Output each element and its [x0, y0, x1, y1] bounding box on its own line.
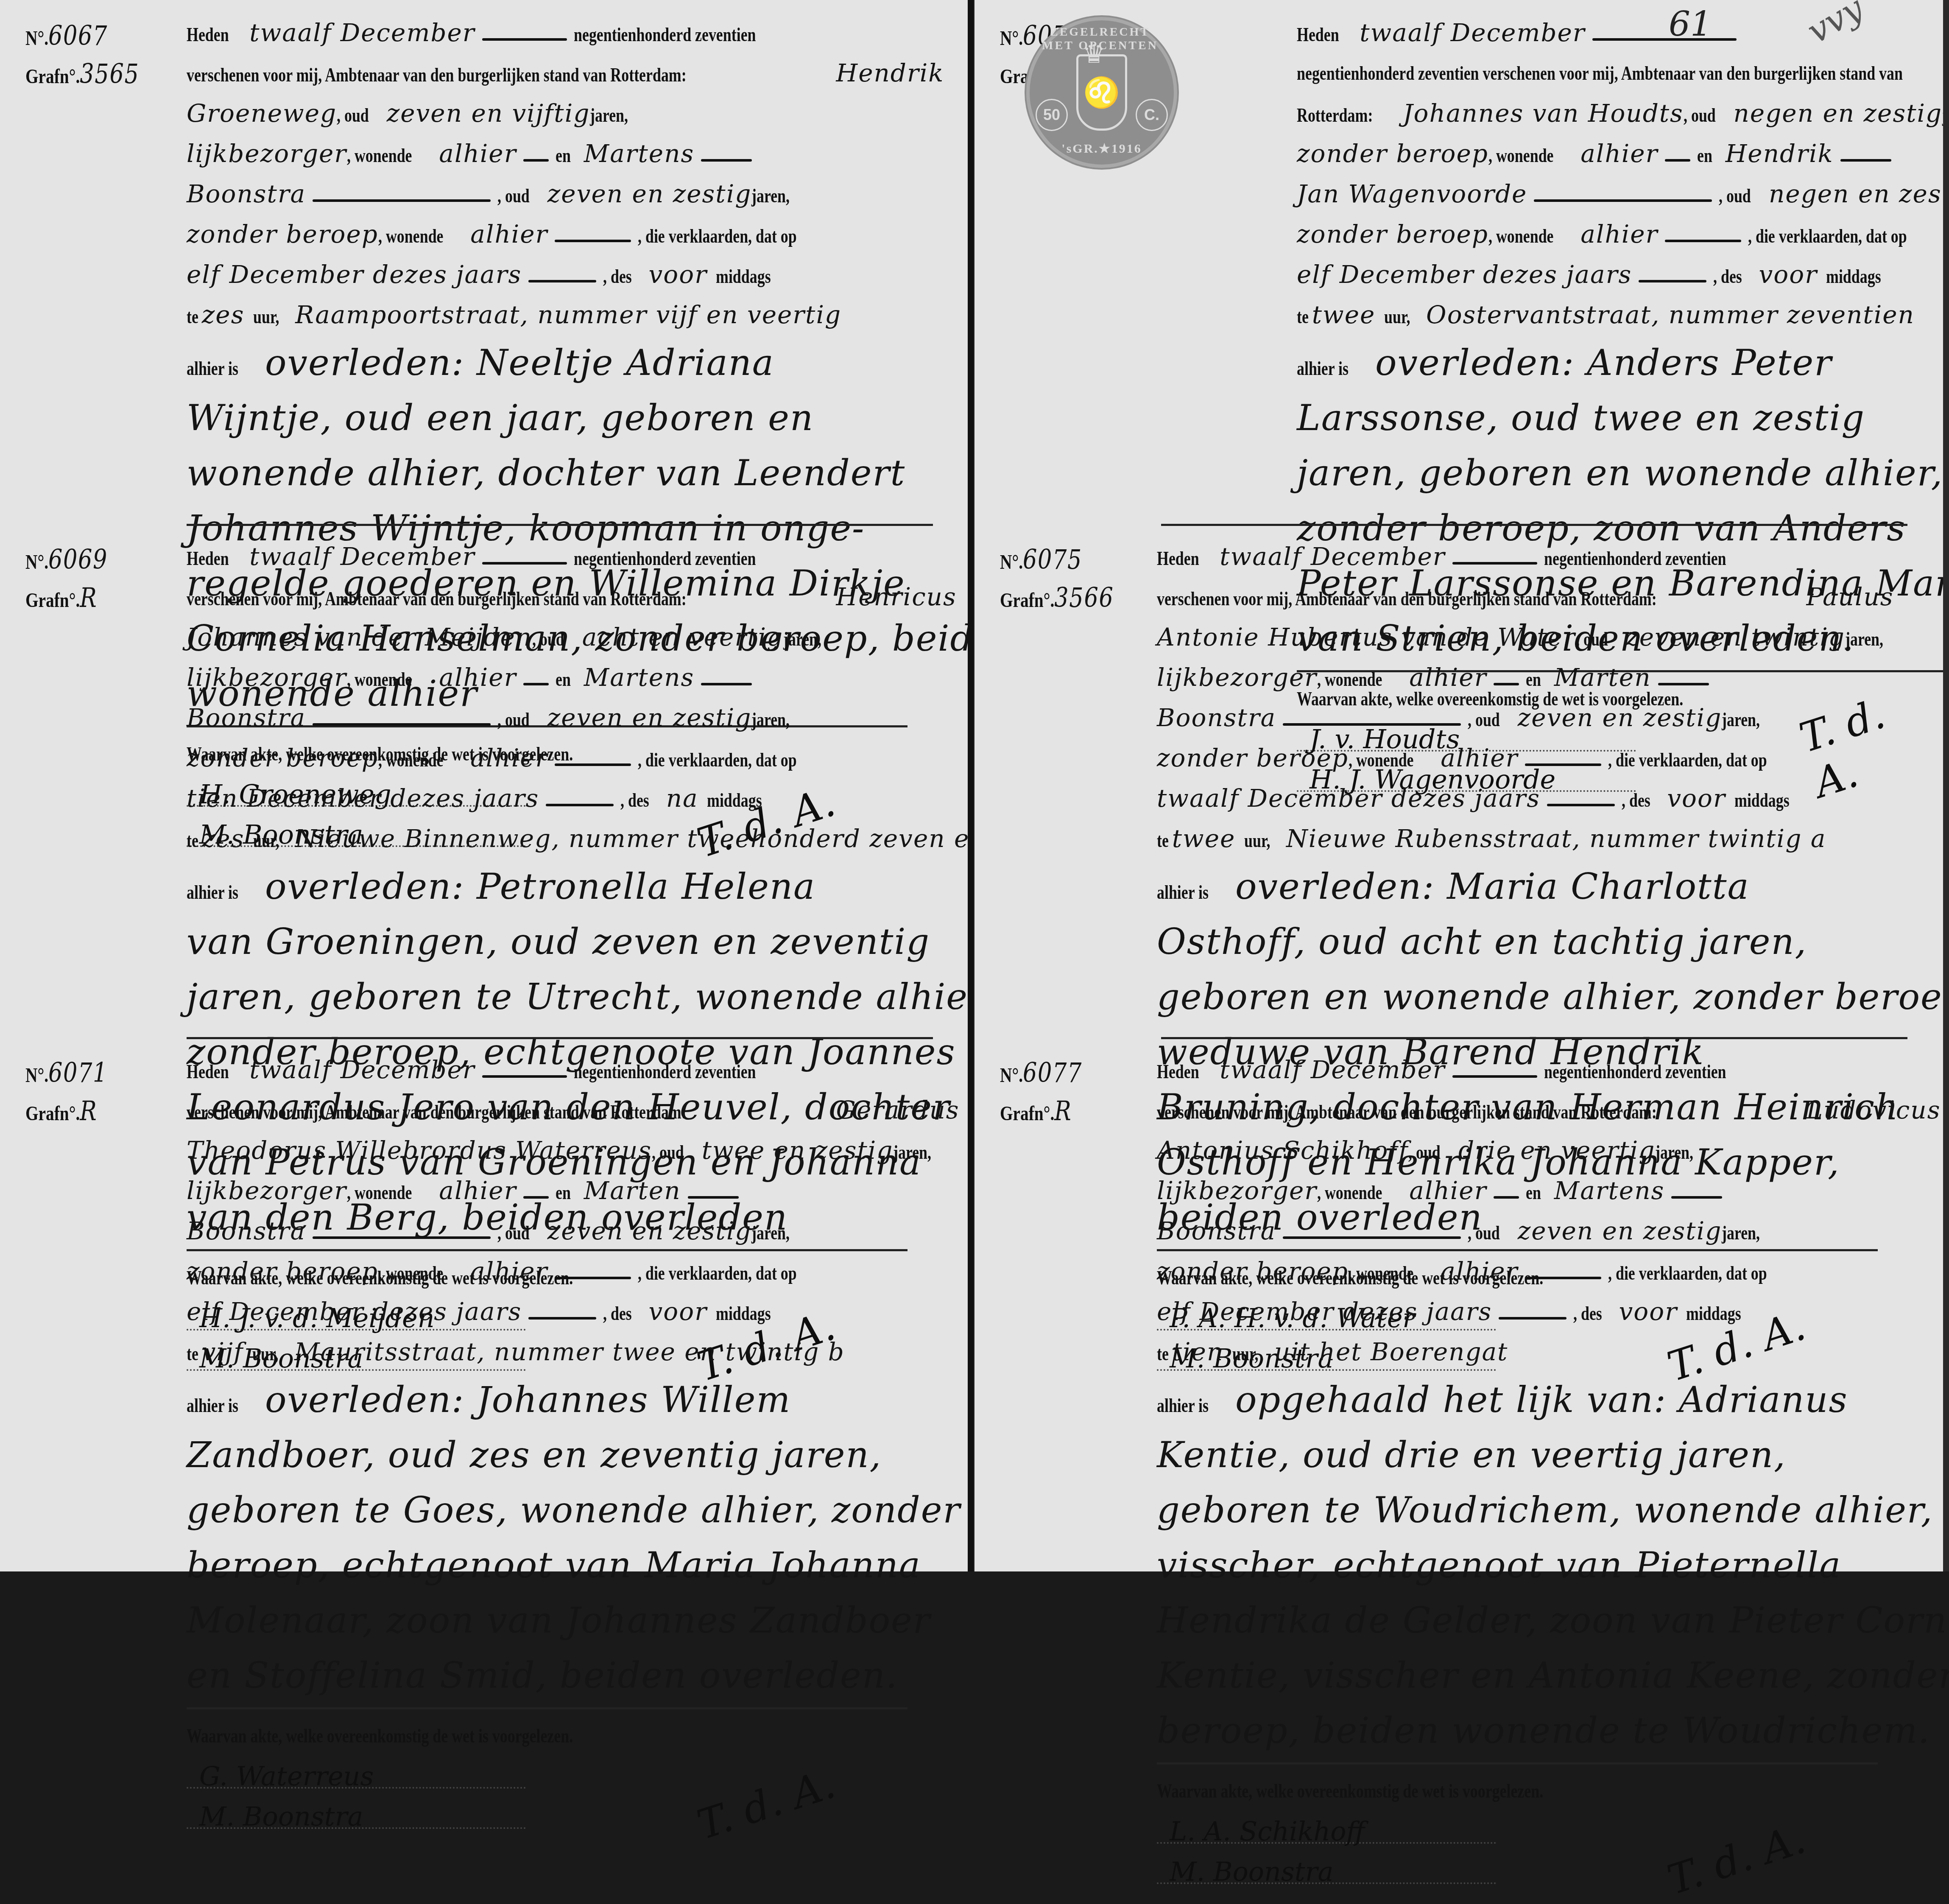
lion-crest-icon: ♌	[1076, 54, 1127, 131]
fill-dash	[482, 562, 567, 565]
fill-dash	[528, 280, 596, 282]
voor-na-entry: voor	[1659, 784, 1734, 813]
printed-text: , oud	[337, 95, 369, 135]
text-line: geboren te Woudrichem, wonende alhier,	[1157, 1482, 1920, 1538]
deceased-details: geboren te Woudrichem, wonende alhier,	[1157, 1489, 1933, 1531]
printed-text: , wonende	[1488, 135, 1554, 176]
death-date: elf December dezes jaars	[1297, 260, 1632, 289]
printed-text: verschenen voor mij, Ambtenaar van den b…	[187, 1092, 687, 1132]
declarant-2-name: Martens	[1545, 1176, 1664, 1205]
printed-text: , oud	[497, 176, 530, 216]
printed-text: , wonende	[378, 740, 444, 780]
declarant-2-name: Hendrik	[1717, 139, 1833, 168]
text-line: Heden twaalf Decembernegentienhonderd ze…	[1157, 1050, 1920, 1090]
printed-text: , wonende	[1488, 216, 1554, 256]
printed-text: , wonende	[378, 1253, 444, 1293]
printed-text: Heden	[1157, 538, 1199, 579]
declarant-2-age: zeven en zestig	[1509, 703, 1722, 732]
printed-text: negentienhonderd zeventien verschenen vo…	[1297, 53, 1903, 93]
printed-text: te	[187, 820, 198, 861]
record-number: N°.6069	[25, 541, 158, 579]
printed-text: Heden	[187, 538, 229, 579]
event-entry: overleden:	[253, 866, 477, 907]
printed-text: en	[1526, 659, 1541, 699]
printed-text: verschenen voor mij, Ambtenaar van den b…	[1157, 1092, 1657, 1132]
record-number-value: 6069	[48, 544, 108, 576]
printed-text: alhier is	[1297, 341, 1349, 396]
declarant-2-occupation: zonder beroep	[1157, 1257, 1349, 1286]
declarant-1-age: zeven en twintig	[1617, 623, 1845, 651]
deceased-details: beroep, echtgenoot van Maria Johanna	[187, 1544, 921, 1571]
text-line: verschenen voor mij, Ambtenaar van den b…	[187, 53, 946, 93]
left-page: N°.6067 Grafn°.3565 Heden twaalf Decembe…	[0, 0, 969, 1571]
declarant-2-name-cont: Boonstra	[187, 179, 306, 208]
printed-text: middags	[716, 256, 771, 296]
text-line: alhier is overleden: Anders Peter	[1297, 335, 1924, 390]
deceased-details: visscher, echtgenoot van Pieternella	[1157, 1544, 1841, 1571]
declarant-2-age: zeven en zestig	[539, 179, 751, 208]
printed-text: jaren,	[590, 95, 628, 135]
text-line: Heden twaalf Decembernegentienhonderd ze…	[187, 1050, 946, 1090]
record-number: N°.6067	[25, 17, 158, 55]
printed-text: , oud	[1684, 95, 1716, 135]
printed-text: en	[1526, 1172, 1541, 1213]
declarant-2-age: zeven en zestig	[539, 703, 751, 732]
hour-entry: twee	[1172, 824, 1244, 853]
declarant-2-name: Martens	[575, 663, 694, 692]
declarant-2-name: Martens	[575, 139, 694, 168]
declarant-1-age: negen en zestig	[1725, 99, 1942, 128]
fill-dash	[523, 683, 549, 685]
place-entry: uit het Boerengat	[1266, 1337, 1508, 1366]
event-entry: overleden:	[253, 342, 477, 383]
grave-number: Grafn°.R	[25, 1092, 158, 1130]
event-entry: opgehaald het lijk van:	[1223, 1379, 1678, 1420]
declarant-1-residence: alhier	[430, 663, 517, 692]
text-line: verschenen voor mij, Ambtenaar van den b…	[187, 577, 946, 617]
printed-text: en	[556, 659, 571, 699]
printed-text: negentienhonderd zeventien	[574, 14, 756, 55]
deceased-details: van Groeningen, oud zeven en zeventig	[187, 921, 930, 962]
text-line: lijkbezorger, wonende alhieren Marten	[187, 1171, 946, 1211]
text-line: lijkbezorger, wonende alhieren Marten	[1157, 657, 1920, 698]
text-line: twaalf December dezes jaars, des voor mi…	[1157, 778, 1920, 819]
printed-text: en	[1697, 135, 1712, 176]
printed-text: , des	[620, 780, 649, 820]
printed-text: Heden	[187, 1051, 229, 1092]
declarant-2-name: Marten	[1545, 663, 1651, 692]
printed-text: te	[1297, 296, 1309, 337]
printed-text: uur,	[252, 1334, 279, 1374]
text-line: Kentie, oud drie en veertig jaren,	[1157, 1427, 1920, 1482]
declarant-2-occupation: zonder beroep	[187, 744, 378, 772]
declarant-1-residence: alhier	[1401, 663, 1487, 692]
printed-text: Heden	[1297, 14, 1339, 55]
voor-na-entry: voor	[1750, 260, 1826, 289]
grave-number: Grafn°.R	[25, 579, 158, 617]
text-line: tetien uur, uit het Boerengat	[1157, 1332, 1920, 1372]
text-line: visscher, echtgenoot van Pieternella	[1157, 1538, 1920, 1571]
declarant-2-occupation: zonder beroep	[1297, 220, 1488, 249]
printed-text: alhier is	[187, 341, 238, 396]
printed-text: , des	[603, 1293, 632, 1334]
record-separator	[187, 524, 933, 526]
fill-dash	[313, 723, 491, 726]
declarant-1-name-cont: Antonie Hubertus van de Water	[1157, 623, 1576, 651]
fill-dash	[1494, 683, 1519, 685]
deceased-details: Kentie, oud drie en veertig jaren,	[1157, 1434, 1786, 1476]
text-line: alhier is overleden: Neeltje Adriana	[187, 335, 946, 390]
text-line: elf December dezes jaars, des voor midda…	[187, 1292, 946, 1332]
printed-text: jaren,	[1655, 1132, 1693, 1172]
deceased-details: Larssonse, oud twee en zestig	[1297, 397, 1865, 439]
fill-dash	[1452, 1075, 1537, 1078]
stamp-bottom-text: 'sGR.★1916	[1030, 141, 1174, 156]
printed-text: middags	[1826, 256, 1881, 296]
record-number: N°.6071	[25, 1054, 158, 1092]
fill-dash	[1658, 683, 1709, 685]
declarant-2-age: zeven en zestig	[1509, 1216, 1722, 1245]
fill-dash	[701, 683, 752, 685]
declarant-1-name: Gerardus	[827, 1096, 959, 1124]
record-body: Heden twaalf Decembernegentienhonderd ze…	[1157, 1050, 1920, 1571]
declarant-1-occupation: zonder beroep	[1297, 139, 1488, 168]
printed-text: alhier is	[187, 865, 238, 920]
declarant-1-name-cont: Theodorus Willebrordus Waterreus	[187, 1136, 652, 1165]
fill-dash	[1452, 562, 1537, 565]
right-page: N°.6073 Grafn°.R Heden twaalf Decemberne…	[974, 0, 1949, 1571]
text-line: Boonstra, oud zeven en zestig jaren,	[187, 174, 946, 214]
declarant-2-occupation: zonder beroep	[187, 1257, 378, 1286]
printed-text: alhier is	[187, 1378, 238, 1433]
printed-text: uur,	[1232, 1334, 1259, 1374]
declarant-2-residence: alhier	[462, 220, 548, 249]
declarant-1-name-cont: Antonius Schikhoff	[1157, 1136, 1408, 1165]
printed-text: verschenen voor mij, Ambtenaar van den b…	[1157, 579, 1657, 619]
text-line: Boonstra, oud zeven en zestig jaren,	[1157, 698, 1920, 738]
date-entry: twaalf December	[241, 1055, 475, 1084]
printed-text: jaren,	[893, 1132, 931, 1172]
declarant-2-residence: alhier	[1432, 1257, 1519, 1286]
declarant-1-occupation: lijkbezorger	[187, 663, 347, 692]
record-separator	[1161, 1037, 1907, 1039]
record-number-value: 6075	[1023, 544, 1082, 576]
place-entry: Nieuwe Rubensstraat, nummer twintig a	[1278, 824, 1826, 853]
printed-text: jaren,	[1845, 619, 1883, 659]
record-numbers: N°.6071 Grafn°.R	[25, 1054, 187, 1130]
text-line: zonder beroep, wonende alhier, die verkl…	[187, 214, 946, 254]
text-line: zonder beroep, wonende alhier, die verkl…	[1157, 1251, 1920, 1292]
declarant-2-name-cont: Boonstra	[1157, 1216, 1276, 1245]
declarant-1-name: Hendrik	[827, 59, 944, 87]
text-line: jaren, geboren en wonende alhier,	[1297, 445, 1924, 500]
declarant-1-occupation: lijkbezorger	[187, 139, 347, 168]
event-entry: overleden:	[1223, 866, 1447, 907]
declarant-1-occupation: lijkbezorger	[1157, 663, 1317, 692]
date-entry: twaalf December	[241, 542, 475, 571]
deceased-name: Johannes Willem	[477, 1379, 791, 1420]
text-line: verschenen voor mij, Ambtenaar van den b…	[187, 1090, 946, 1130]
death-date: elf December dezes jaars	[187, 260, 522, 289]
text-line: beroep, echtgenoot van Maria Johanna	[187, 1538, 946, 1571]
text-line: Jan Wagenvoorde, oud negen en zestig jar…	[1297, 174, 1924, 214]
printed-text: te	[187, 1334, 198, 1374]
fill-dash	[1547, 804, 1615, 806]
voor-na-entry: voor	[1610, 1297, 1686, 1326]
fill-dash	[1840, 159, 1891, 162]
printed-text: te	[187, 296, 198, 337]
fill-dash	[482, 1075, 567, 1078]
text-line: tetwee uur, Nieuwe Rubensstraat, nummer …	[1157, 819, 1920, 859]
declarant-1-occupation: lijkbezorger	[187, 1176, 347, 1205]
text-line: Boonstra, oud zeven en zestig jaren,	[187, 1211, 946, 1251]
printed-text: jaren,	[751, 176, 790, 216]
grave-number-value: 3565	[80, 59, 139, 90]
death-date: elf December dezes jaars	[1157, 1297, 1492, 1326]
declarant-2-occupation: zonder beroep	[1157, 744, 1349, 772]
printed-text: jaren,	[751, 1213, 790, 1253]
fill-dash	[701, 159, 752, 162]
printed-text: middags	[716, 1293, 771, 1334]
printed-text: jaren,	[783, 619, 821, 659]
text-line: lijkbezorger, wonende alhieren Martens	[187, 134, 946, 174]
fill-dash	[1665, 159, 1690, 162]
text-line: elf December dezes jaars, des voor midda…	[1297, 254, 1924, 295]
text-line: alhier is opgehaald het lijk van: Adrian…	[1157, 1372, 1920, 1427]
declarant-1-name: Henricus	[827, 582, 957, 611]
text-line: Heden twaalf Decembernegentienhonderd ze…	[1157, 537, 1920, 577]
text-line: Boonstra, oud zeven en zestig jaren,	[1157, 1211, 1920, 1251]
fill-dash	[555, 1277, 631, 1279]
fill-dash	[313, 199, 491, 202]
place-entry: Raampoortstraat, nummer vijf en veertig	[287, 300, 841, 329]
declarant-2-name-cont: Boonstra	[187, 1216, 306, 1245]
grave-number: Grafn°.3565	[25, 55, 158, 93]
fill-dash	[528, 1317, 596, 1320]
printed-text: , oud	[1468, 1213, 1500, 1253]
printed-text: , die verklaarden, dat op	[1748, 216, 1907, 256]
text-line: elf December dezes jaars, des voor midda…	[1157, 1292, 1920, 1332]
printed-text: , die verklaarden, dat op	[638, 216, 797, 256]
stamp-value: 50	[1036, 99, 1068, 131]
printed-text: , wonende	[347, 659, 412, 699]
text-line: geboren te Goes, wonende alhier, zonder	[187, 1482, 946, 1538]
printed-text: , die verklaarden, dat op	[638, 740, 797, 780]
printed-text: , die verklaarden, dat op	[638, 1253, 797, 1293]
text-line: wonende alhier, dochter van Leendert	[187, 445, 946, 500]
text-line: geboren en wonende alhier, zonder beroep…	[1157, 969, 1920, 1024]
fill-dash	[1639, 280, 1706, 282]
grave-number: Grafn°.R	[1000, 1092, 1132, 1130]
record-numbers: N°.6067 Grafn°.3565	[25, 17, 187, 93]
event-entry: overleden:	[253, 1379, 477, 1420]
declarant-1-age: drie en veertig	[1450, 1136, 1656, 1165]
deceased-name: Adrianus	[1679, 1379, 1848, 1420]
deceased-name: Anders Peter	[1587, 342, 1832, 383]
place-entry: Oostervantstraat, nummer zeventien	[1418, 300, 1915, 329]
printed-text: negentienhonderd zeventien	[574, 538, 756, 579]
fill-dash	[1499, 1317, 1566, 1320]
deceased-details: Zandboer, oud zes en zeventig jaren,	[187, 1434, 882, 1476]
fill-dash	[555, 763, 631, 766]
declarant-2-age: zeven en zestig	[539, 1216, 751, 1245]
fill-dash	[1534, 199, 1712, 202]
fill-dash	[482, 38, 567, 41]
text-line: jaren, geboren te Utrecht, wonende alhie…	[187, 969, 946, 1024]
printed-text: jaren,	[1722, 1213, 1760, 1253]
printed-text: , oud	[1408, 1132, 1441, 1172]
text-line: verschenen voor mij, Ambtenaar van den b…	[1157, 577, 1920, 617]
text-line: Johannes van der Meijden, oud acht en ve…	[187, 617, 946, 657]
grave-number-value: R	[80, 1096, 97, 1127]
text-line: Antonius Schikhoff, oud drie en veertig …	[1157, 1130, 1920, 1171]
date-entry: twaalf December	[241, 18, 475, 47]
fill-dash	[688, 1196, 739, 1199]
printed-text: Heden	[187, 14, 229, 55]
declarant-1-residence: alhier	[1401, 1176, 1487, 1205]
declarant-1-residence: alhier	[1572, 139, 1659, 168]
hour-entry: zes	[202, 300, 253, 329]
hour-entry: tien	[1172, 1337, 1232, 1366]
printed-text: verschenen voor mij, Ambtenaar van den b…	[187, 55, 687, 95]
printed-text: , wonende	[1317, 1172, 1382, 1213]
fill-dash	[1525, 1277, 1601, 1279]
text-line: Groeneweg, oud zeven en vijftig jaren,	[187, 93, 946, 134]
declarant-2-name-cont: Boonstra	[187, 703, 306, 732]
fill-dash	[1671, 1196, 1722, 1199]
record-number: N°.6077	[1000, 1054, 1132, 1092]
text-line: Heden twaalf Decembernegentienhonderd ze…	[187, 13, 946, 53]
text-line: Theodorus Willebrordus Waterreus, oud tw…	[187, 1130, 946, 1171]
declarant-1-name: Paulus	[1798, 582, 1893, 611]
hour-entry: zes	[202, 824, 253, 853]
printed-text: , oud	[1719, 176, 1751, 216]
text-line: zonder beroep, wonende alhier, die verkl…	[1297, 214, 1924, 254]
revenue-stamp: ZEGELRECHT MET OPCENTEN ♛ ♌ 50 C. 'sGR.★…	[1026, 17, 1177, 168]
fill-dash	[1283, 1236, 1461, 1239]
register-spread: N°.6067 Grafn°.3565 Heden twaalf Decembe…	[0, 0, 1949, 1571]
printed-text: middags	[1734, 780, 1790, 820]
record-numbers: N°.6077 Grafn°.R	[1000, 1054, 1161, 1130]
fill-dash	[1494, 1196, 1519, 1199]
printed-text: , oud	[497, 699, 530, 740]
record-number: N°.6075	[1000, 541, 1132, 579]
record-numbers: N°.6069 Grafn°.R	[25, 541, 187, 617]
printed-text: negentienhonderd zeventien	[1544, 538, 1726, 579]
record-number-value: 6077	[1023, 1057, 1082, 1089]
declarant-2-name-cont: Jan Wagenvoorde	[1297, 179, 1527, 208]
date-entry: twaalf December	[1211, 542, 1446, 571]
printed-text: , oud	[497, 1213, 530, 1253]
grave-number: Grafn°.3566	[1000, 579, 1132, 617]
text-line: Larssonse, oud twee en zestig	[1297, 390, 1924, 445]
printed-text: , wonende	[1349, 1253, 1414, 1293]
printed-text: , des	[603, 256, 632, 296]
text-line: van Groeningen, oud zeven en zeventig	[187, 914, 946, 969]
declarant-2-age: negen en zestig	[1760, 179, 1949, 208]
death-date: twaalf December dezes jaars	[1157, 784, 1540, 813]
printed-text: Heden	[1157, 1051, 1199, 1092]
fill-dash	[1665, 240, 1741, 242]
printed-text: en	[556, 135, 571, 176]
text-line: Osthoff, oud acht en tachtig jaren,	[1157, 914, 1920, 969]
printed-text: jaren,	[1722, 699, 1760, 740]
deceased-details: wonende alhier, dochter van Leendert	[187, 452, 905, 494]
text-line: Heden twaalf Decembernegentienhonderd ze…	[187, 537, 946, 577]
record-separator	[1161, 524, 1907, 526]
declarant-2-occupation: zonder beroep	[187, 220, 378, 249]
printed-text: verschenen voor mij, Ambtenaar van den b…	[187, 579, 687, 619]
printed-text: jaren,	[751, 699, 790, 740]
book-gutter	[968, 0, 974, 1571]
fill-dash	[546, 804, 614, 806]
declarant-1-name-cont: Johannes van der Meijden	[187, 623, 532, 651]
printed-text: negentienhonderd zeventien	[1544, 1051, 1726, 1092]
text-line: zonder beroep, wonende alhieren Hendrik	[1297, 134, 1924, 174]
scan-edge-right	[1943, 0, 1949, 1571]
voor-na-entry: voor	[640, 260, 716, 289]
declarant-1-name-cont: Groeneweg	[187, 99, 337, 128]
declarant-2-residence: alhier	[462, 744, 548, 772]
text-line: Boonstra, oud zeven en zestig jaren,	[187, 698, 946, 738]
fill-dash	[1283, 723, 1461, 726]
fill-dash	[1525, 763, 1601, 766]
printed-text: , die verklaarden, dat op	[1608, 1253, 1767, 1293]
deceased-details: Wijntje, oud een jaar, geboren en	[187, 397, 814, 439]
declarant-2-residence: alhier	[1432, 744, 1519, 772]
date-entry: twaalf December	[1351, 18, 1586, 47]
printed-text: , des	[1622, 780, 1650, 820]
printed-text: uur,	[253, 820, 279, 861]
printed-text: uur,	[253, 296, 279, 337]
fill-dash	[1592, 38, 1737, 41]
printed-text: , die verklaarden, dat op	[1608, 740, 1767, 780]
text-line: zonder beroep, wonende alhier, die verkl…	[187, 1251, 946, 1292]
record-body: Heden twaalf Decembernegentienhonderd ze…	[187, 1050, 946, 1571]
declarant-2-residence: alhier	[1572, 220, 1659, 249]
hour-entry: vijf	[202, 1337, 252, 1366]
text-line: verschenen voor mij, Ambtenaar van den b…	[1157, 1090, 1920, 1130]
printed-text: , oud	[652, 1132, 684, 1172]
deceased-details: geboren te Goes, wonende alhier, zonder	[187, 1489, 961, 1531]
grave-number-value: R	[1054, 1096, 1072, 1127]
printed-text: , wonende	[378, 216, 444, 256]
text-line: Wijntje, oud een jaar, geboren en	[187, 390, 946, 445]
voor-na-entry: na	[657, 784, 707, 813]
deceased-name: Maria Charlotta	[1447, 866, 1750, 907]
deceased-details: jaren, geboren en wonende alhier,	[1297, 452, 1943, 494]
text-line: tezes uur, Raampoortstraat, nummer vijf …	[187, 295, 946, 335]
text-line: tetwee uur, Oostervantstraat, nummer zev…	[1297, 295, 1924, 335]
fill-dash	[523, 1196, 549, 1199]
printed-text: te	[1157, 820, 1169, 861]
deceased-details: jaren, geboren te Utrecht, wonende alhie…	[187, 976, 994, 1018]
printed-text: , des	[1573, 1293, 1602, 1334]
declarant-1-residence: alhier	[430, 139, 517, 168]
printed-text: middags	[1686, 1293, 1741, 1334]
text-line: Rotterdam: Johannes van Houdts, oud nege…	[1297, 93, 1924, 134]
stamp-unit: C.	[1136, 99, 1168, 131]
declarant-1-age: twee en zestig	[693, 1136, 893, 1165]
printed-text: , des	[1713, 256, 1742, 296]
record-separator	[187, 1037, 933, 1039]
printed-text: alhier is	[1157, 1378, 1209, 1433]
grave-number-value: 3566	[1054, 582, 1114, 614]
printed-text: alhier is	[1157, 865, 1209, 920]
text-line: lijkbezorger, wonende alhieren Martens	[187, 657, 946, 698]
text-line: lijkbezorger, wonende alhieren Martens	[1157, 1171, 1920, 1211]
text-line: zonder beroep, wonende alhier, die verkl…	[1157, 738, 1920, 778]
